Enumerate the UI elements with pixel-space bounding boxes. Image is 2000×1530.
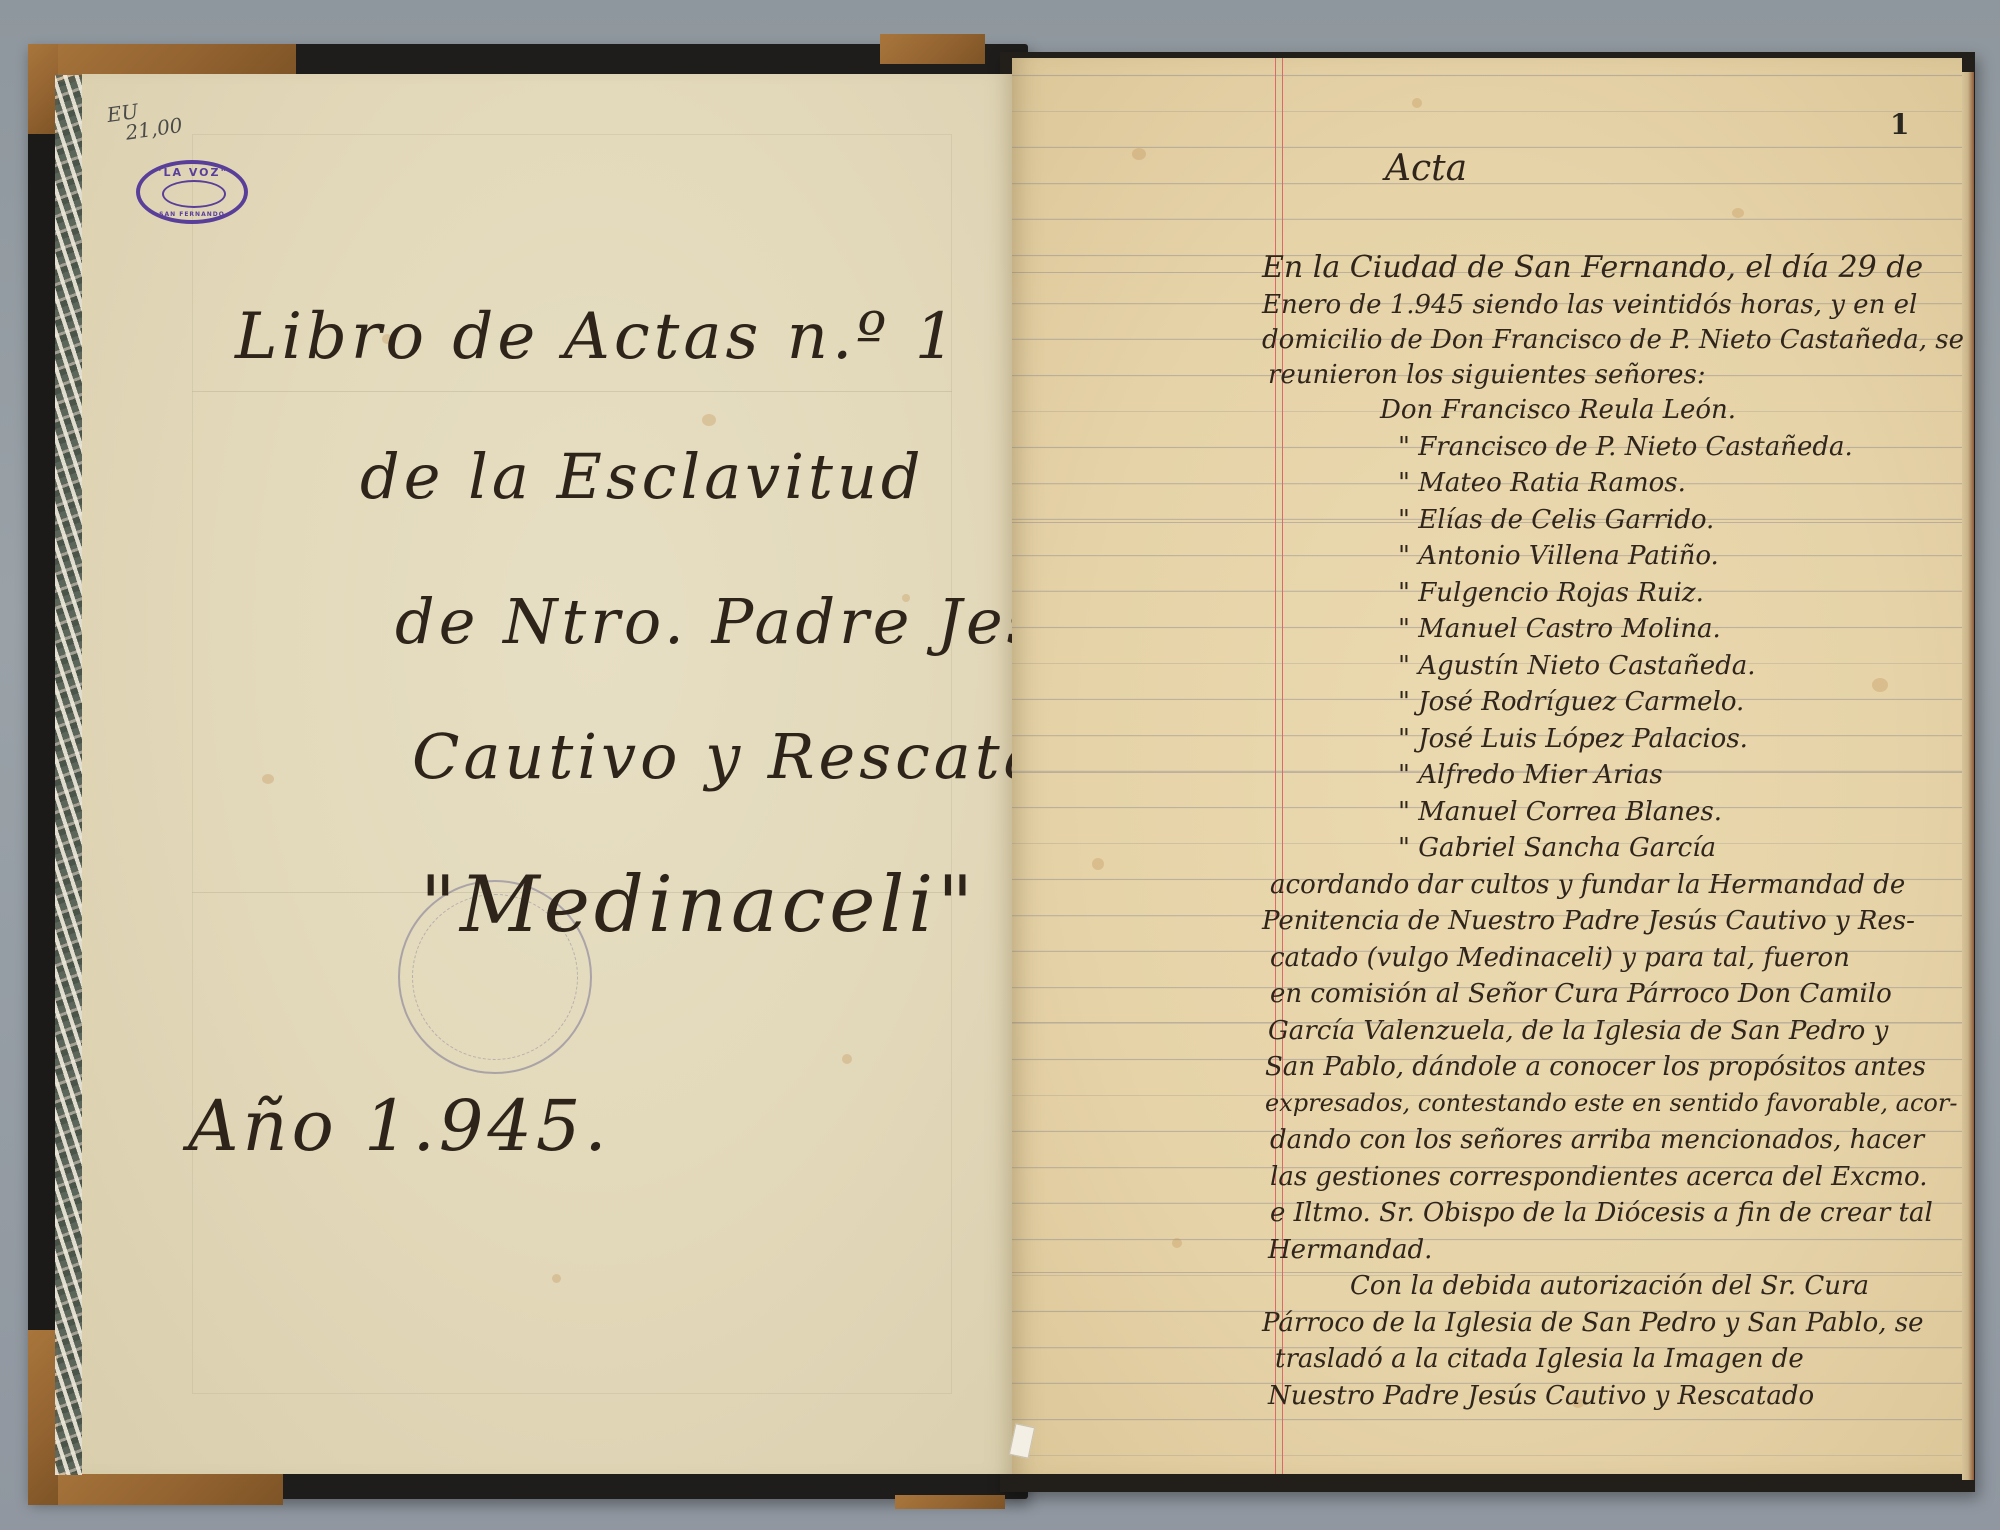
body-line: dando con los señores arriba mencionados… — [1270, 1125, 1924, 1155]
cover-spine-cloth — [28, 130, 56, 1330]
title-line-2: de la Esclavitud — [360, 440, 925, 513]
body-line: expresados, contestando este en sentido … — [1265, 1089, 1957, 1117]
body-line: catado (vulgo Medinaceli) y para tal, fu… — [1270, 943, 1850, 973]
attendee-item: Don Francisco Reula León. — [1380, 395, 1736, 425]
body-line: San Pablo, dándole a conocer los propósi… — [1265, 1052, 1926, 1082]
body-line: Párroco de la Iglesia de San Pedro y San… — [1262, 1308, 1924, 1338]
body-line: e Iltmo. Sr. Obispo de la Diócesis a fin… — [1270, 1198, 1933, 1228]
attendee-item: " Gabriel Sancha García — [1398, 833, 1716, 863]
attendee-item: " Fulgencio Rojas Ruiz. — [1398, 578, 1704, 608]
attendee-item: " José Rodríguez Carmelo. — [1398, 687, 1744, 717]
title-line-1: Libro de Actas n.º 1 — [235, 300, 959, 374]
attendee-item: " Manuel Correa Blanes. — [1398, 797, 1722, 827]
body-line: Con la debida autorización del Sr. Cura — [1350, 1271, 1869, 1301]
attendee-item: " Alfredo Mier Arias — [1398, 760, 1663, 790]
attendee-item: " José Luis López Palacios. — [1398, 724, 1748, 754]
attendee-item: " Manuel Castro Molina. — [1398, 614, 1721, 644]
intro-line-2: Enero de 1.945 siendo las veintidós hora… — [1262, 290, 1917, 320]
cover-corner-top-middle — [880, 34, 985, 64]
minutes-heading: Acta — [1385, 148, 1467, 189]
intro-line-3: domicilio de Don Francisco de P. Nieto C… — [1262, 325, 1964, 355]
stamp-la-voz: "LA VOZ" SAN FERNANDO — [136, 160, 248, 224]
body-line: Penitencia de Nuestro Padre Jesús Cautiv… — [1262, 906, 1915, 936]
stamp-la-voz-title: "LA VOZ" — [140, 166, 244, 179]
attendee-item: " Mateo Ratia Ramos. — [1398, 468, 1686, 498]
body-line: en comisión al Señor Cura Párroco Don Ca… — [1270, 979, 1892, 1009]
page-block-edge — [1962, 72, 1974, 1480]
title-year: Año 1.945. — [188, 1085, 611, 1167]
intro-line-1: En la Ciudad de San Fernando, el día 29 … — [1262, 250, 1923, 285]
intro-line-4: reunieron los siguientes señores: — [1268, 360, 1706, 390]
cover-corner-bottom-left — [28, 1473, 283, 1505]
title-line-5: "Medinaceli" — [420, 860, 977, 950]
attendee-item: " Elías de Celis Garrido. — [1398, 505, 1714, 535]
body-line: García Valenzuela, de la Iglesia de San … — [1268, 1016, 1888, 1046]
cover-corner-top-left-edge — [28, 44, 58, 134]
body-line: las gestiones correspondientes acerca de… — [1270, 1162, 1927, 1192]
page-number: 1 — [1890, 108, 1909, 141]
attendee-item: " Agustín Nieto Castañeda. — [1398, 651, 1756, 681]
body-line: Nuestro Padre Jesús Cautivo y Rescatado — [1268, 1381, 1814, 1411]
stamp-inner-oval — [162, 180, 226, 208]
marbled-endpaper — [55, 75, 83, 1475]
body-line: trasladó a la citada Iglesia la Imagen d… — [1275, 1344, 1804, 1374]
body-line: acordando dar cultos y fundar la Hermand… — [1270, 870, 1905, 900]
shelf-mark: EU 21,00 — [106, 95, 184, 145]
attendee-item: " Antonio Villena Patiño. — [1398, 541, 1719, 571]
stamp-la-voz-place: SAN FERNANDO — [140, 211, 244, 218]
attendee-item: " Francisco de P. Nieto Castañeda. — [1398, 432, 1853, 462]
cover-corner-bottom-middle — [895, 1495, 1005, 1509]
body-line: Hermandad. — [1268, 1235, 1432, 1265]
cover-corner-bottom-left-edge — [28, 1330, 58, 1505]
